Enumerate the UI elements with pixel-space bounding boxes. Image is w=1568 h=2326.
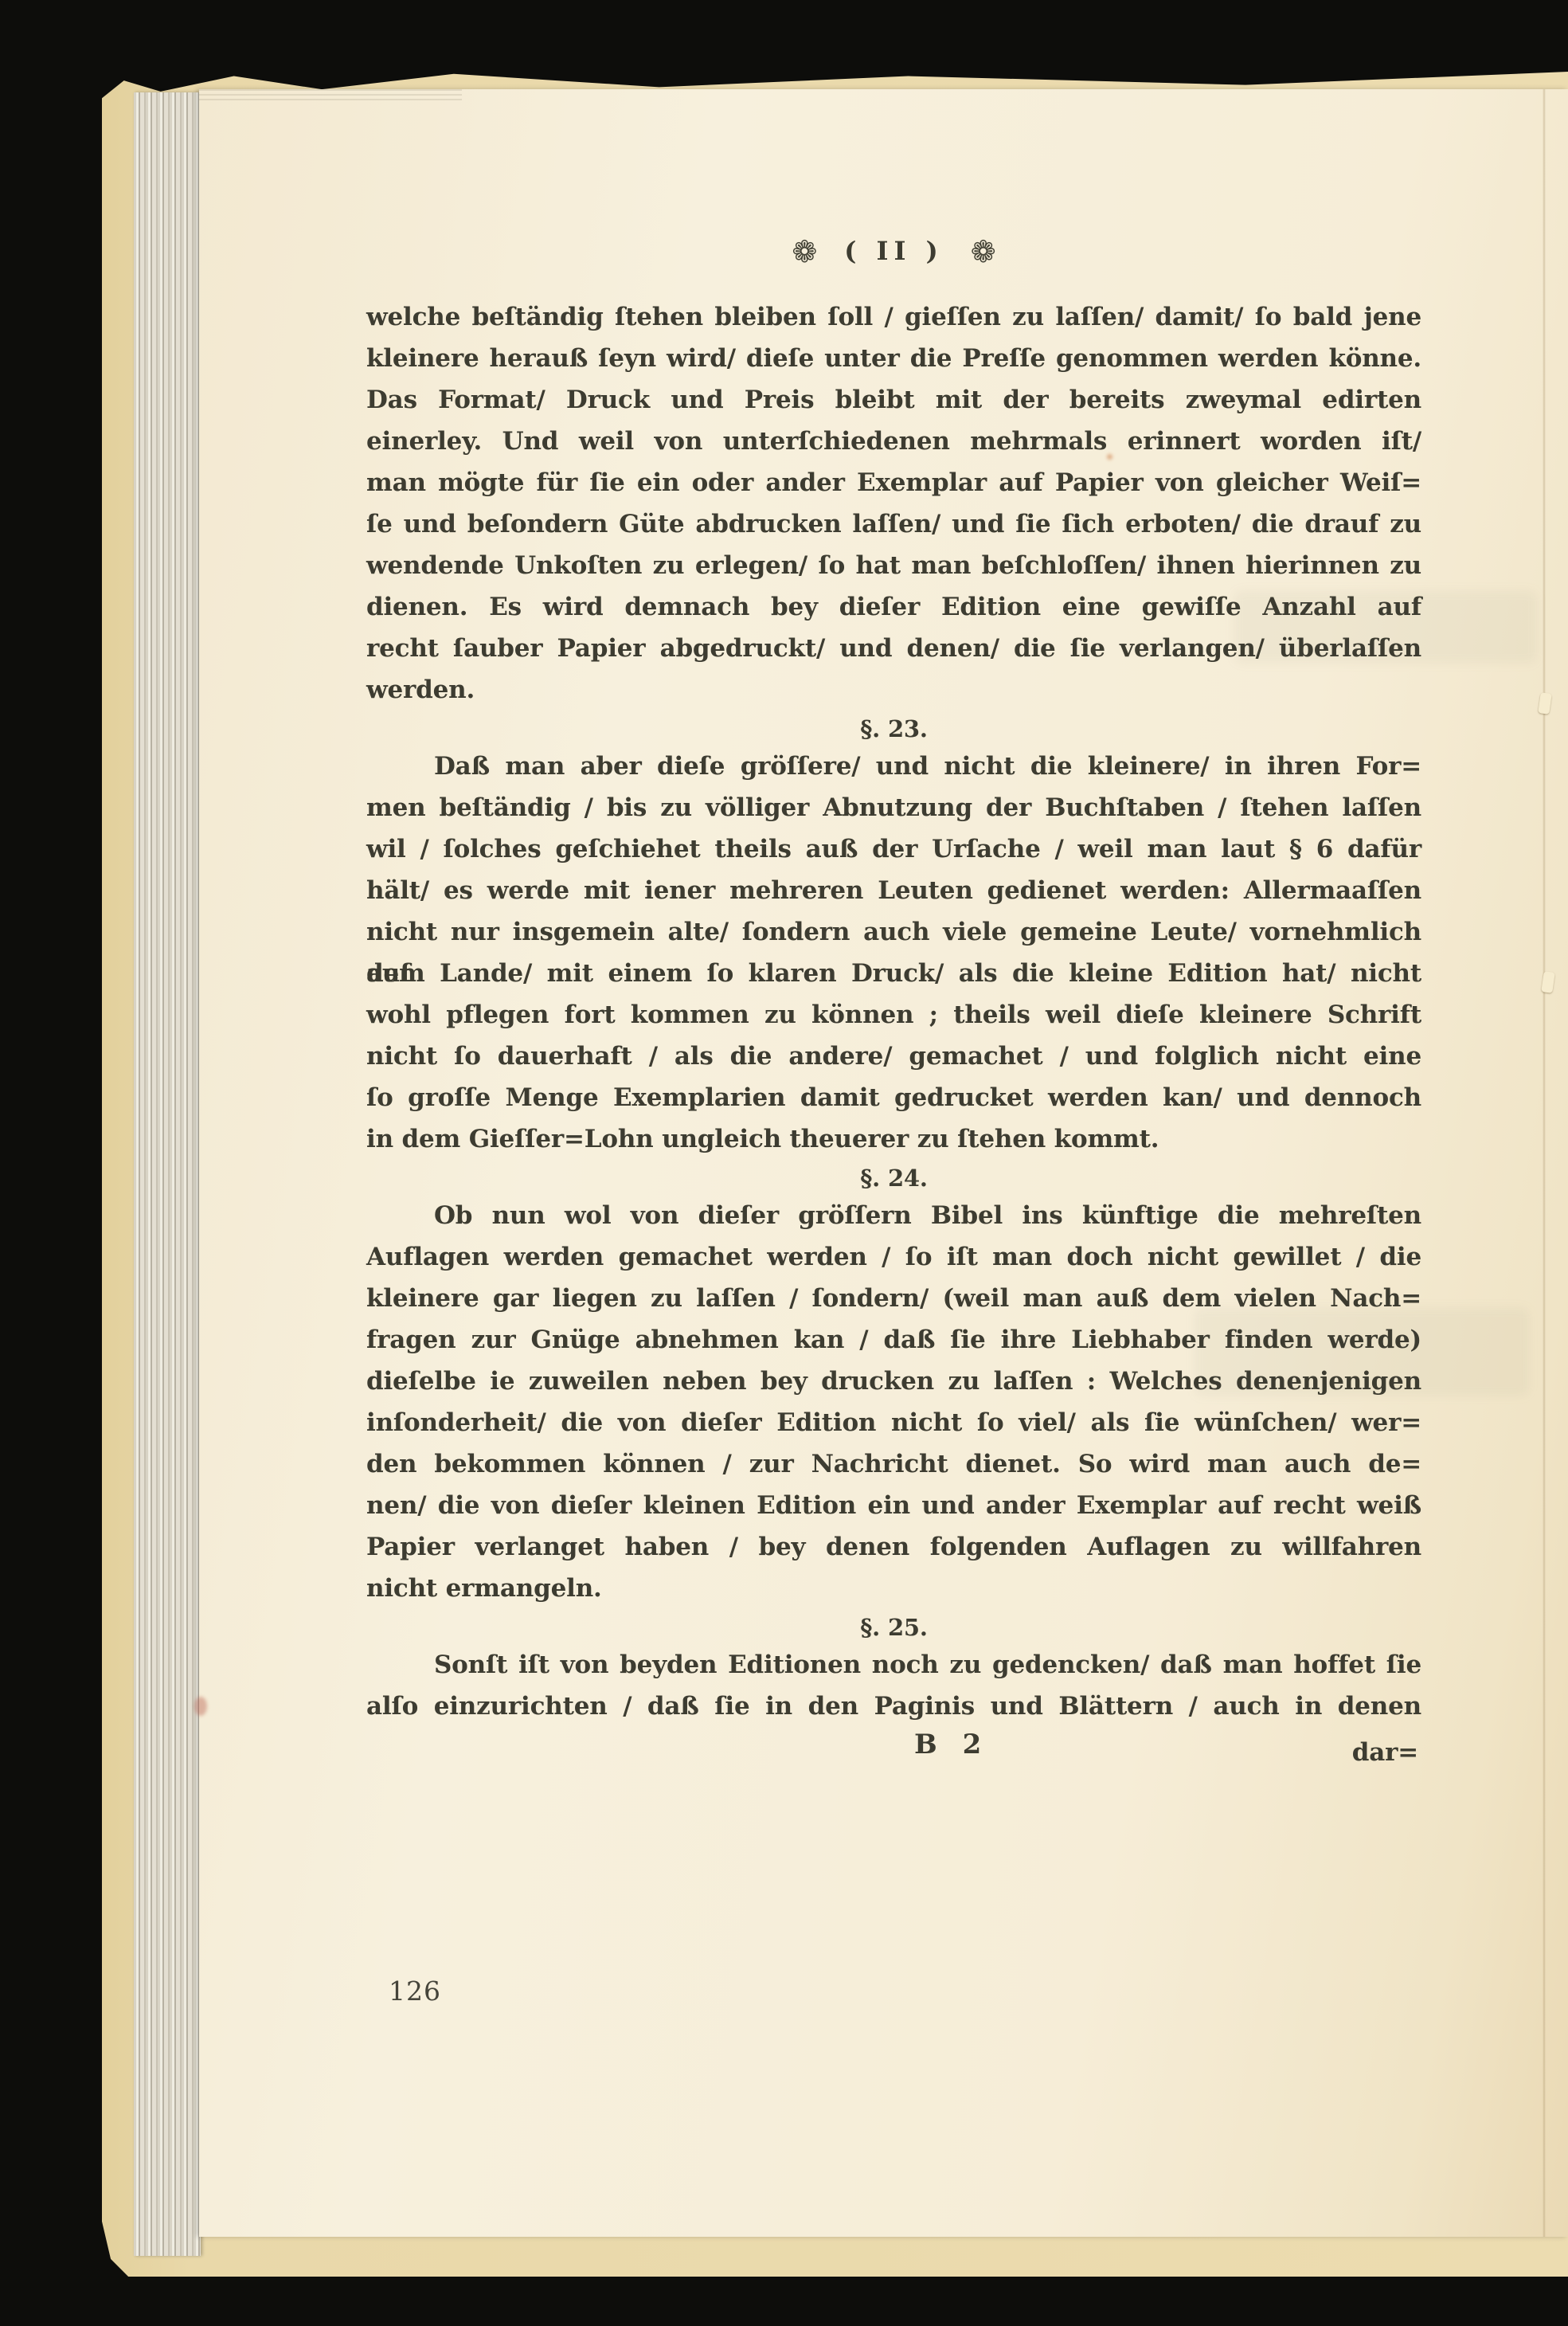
text-line: den bekommen können / zur Nachricht dien… <box>366 1443 1421 1485</box>
text-line: Daß man aber dieſe gröſſere/ und nicht d… <box>366 746 1421 787</box>
catchword: dar= <box>1352 1738 1418 1767</box>
text-line: wil / ſolches geſchiehet theils auß der … <box>366 828 1421 870</box>
text-line: men beſtändig / bis zu völliger Abnutzun… <box>366 787 1421 828</box>
section-heading: §. 24. <box>366 1160 1421 1195</box>
text-line: nicht ermangeln. <box>366 1568 1421 1609</box>
text-line: nen/ die von dieſer kleinen Edition ein … <box>366 1485 1421 1526</box>
text-line: Auflagen werden gemachet werden / ſo iſt… <box>366 1236 1421 1278</box>
book-page: ❁( II )❁ welche beſtändig ſtehen bleiben… <box>199 89 1568 2237</box>
binding-stitch <box>1538 692 1551 715</box>
section-heading: §. 23. <box>366 711 1421 746</box>
text-line: in dem Gieſſer=Lohn ungleich theuerer zu… <box>366 1118 1421 1160</box>
corner-page-edges <box>199 89 462 100</box>
text-line: dienen. Es wird demnach bey dieſer Editi… <box>366 586 1421 628</box>
section-heading: §. 25. <box>366 1609 1421 1644</box>
book-photo-background: { "page": { "header": { "ornament": "❁",… <box>0 0 1568 2326</box>
text-line: man mögte für ſie ein oder ander Exempla… <box>366 462 1421 503</box>
text-line: kleinere herauß ſeyn wird/ dieſe unter d… <box>366 338 1421 379</box>
text-line: Sonſt iſt von beyden Editionen noch zu g… <box>366 1644 1421 1686</box>
rosette-ornament-icon: ❁ <box>944 234 1023 269</box>
rosette-ornament-icon: ❁ <box>764 234 844 269</box>
text-line: Papier verlanget haben / bey denen folge… <box>366 1526 1421 1568</box>
page-stack-fore-edge <box>134 92 201 2256</box>
text-line: ſe und beſondern Güte abdrucken laſſen/ … <box>366 503 1421 545</box>
text-line: Das Format/ Druck und Preis bleibt mit d… <box>366 379 1421 421</box>
text-line: wendende Unkoſten zu erlegen/ ſo hat man… <box>366 545 1421 586</box>
text-line: ſo groſſe Menge Exemplarien damit gedruc… <box>366 1077 1421 1118</box>
running-head: ❁( II )❁ <box>366 234 1421 269</box>
text-line: nicht nur insgemein alte/ ſondern auch v… <box>366 911 1421 953</box>
text-line: nicht ſo dauerhaft / als die andere/ gem… <box>366 1036 1421 1077</box>
text-line: alſo einzurichten / daß ſie in den Pagin… <box>366 1686 1421 1727</box>
folio-number: ( II ) <box>844 236 944 266</box>
text-line: inſonderheit/ die von dieſer Edition nic… <box>366 1402 1421 1443</box>
text-line: welche beſtändig ſtehen bleiben ſoll / g… <box>366 296 1421 338</box>
text-line: werden. <box>366 669 1421 711</box>
text-line: einerley. Und weil von unterſchiedenen m… <box>366 421 1421 462</box>
text-line: dieſelbe ie zuweilen neben bey drucken z… <box>366 1361 1421 1402</box>
gutter-crease <box>1543 89 1546 2237</box>
text-line: hält/ es werde mit iener mehreren Leuten… <box>366 870 1421 911</box>
foxing-spot <box>194 1697 207 1716</box>
text-line: kleinere gar liegen zu laſſen / ſondern/… <box>366 1278 1421 1319</box>
text-block: welche beſtändig ſtehen bleiben ſoll / g… <box>366 296 1421 1778</box>
signature-row: B 2dar= <box>366 1727 1421 1778</box>
text-line: recht ſauber Papier abgedruckt/ und dene… <box>366 628 1421 669</box>
signature-mark: B 2 <box>914 1729 989 1760</box>
text-line: wohl pflegen fort kommen zu können ; the… <box>366 994 1421 1036</box>
text-line: dem Lande/ mit einem ſo klaren Druck/ al… <box>366 953 1421 994</box>
text-line: Ob nun wol von dieſer gröſſern Bibel ins… <box>366 1195 1421 1236</box>
page-number: 126 <box>389 1976 441 2007</box>
binding-stitch <box>1541 971 1554 993</box>
text-line: fragen zur Gnüge abnehmen kan / daß ſie … <box>366 1319 1421 1361</box>
